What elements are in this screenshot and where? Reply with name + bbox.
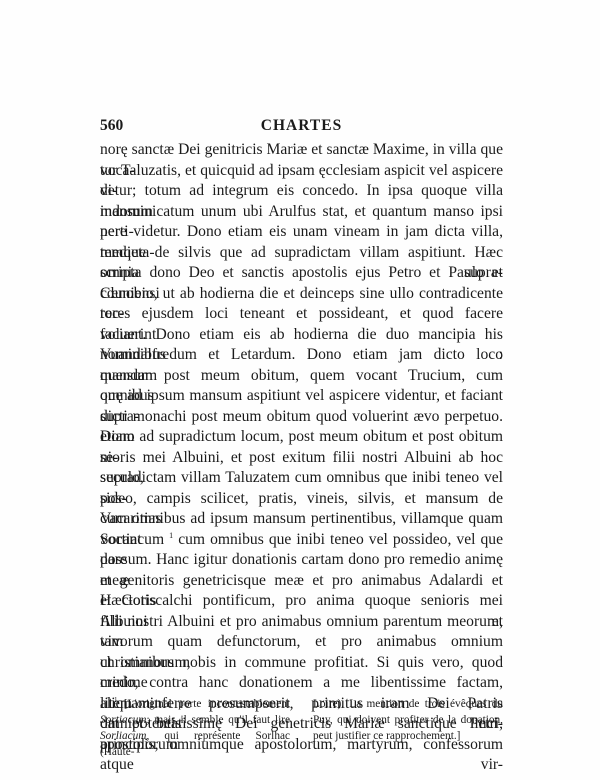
text-line: etiam ad supradictum locum, post meum ob… xyxy=(100,427,503,448)
text-line: vivorum quam defunctorum, et pro animabu… xyxy=(100,632,503,653)
text-line-with-footnote-ref: Sortiacum 1 cum omnibus que inibi teneo … xyxy=(100,530,503,551)
text-line: Vuandalfredum et Letardum. Dono etiam ja… xyxy=(100,345,503,366)
running-head: 560 CHARTES xyxy=(100,117,503,137)
footnote-marker: 1 xyxy=(114,696,118,704)
text-line: et genitoris genetricisque meæ et pro an… xyxy=(100,571,503,592)
text-line: sideo, campis scilicet, pratis, vineis, … xyxy=(100,489,503,510)
text-line: norę sanctæ Dei genitricis Mariæ et sanc… xyxy=(100,140,503,161)
text-line: tores ejusdem loci teneant et possideant… xyxy=(100,304,503,325)
footnote-line: Sorliacum, qui représente Sorlhac (Haute… xyxy=(100,728,290,744)
text-line: faciant. Dono etiam eis ab hodierna die … xyxy=(100,325,503,346)
footnote-line: Loire). La mention de trois évêques du xyxy=(313,696,503,712)
footnote-line: 1 [L'original porte incontestablement xyxy=(100,696,290,712)
text-line: et Gotiscalchi pontificum, pro anima quo… xyxy=(100,591,503,612)
text-line: nere videtur. Dono etiam eis unam vineam… xyxy=(100,222,503,243)
footnote-column-left: 1 [L'original porte incontestablement So… xyxy=(100,696,290,744)
text-line: tur Taluzatis, et quicquid ad ipsam ęccl… xyxy=(100,161,503,182)
body-text: norę sanctæ Dei genitricis Mariæ et sanc… xyxy=(100,140,503,755)
text-line: filii nostri Albuini et pro animabus omn… xyxy=(100,612,503,633)
text-line: possum. Hanc igitur donationis cartam do… xyxy=(100,550,503,571)
text-line: dicti monachi post meum obitum quod volu… xyxy=(100,407,503,428)
text-line: quę ad ipsum mansum aspitiunt vel aspice… xyxy=(100,386,503,407)
text-line: detur; totum ad integrum eis concedo. In… xyxy=(100,181,503,202)
text-line: supradictam villam Taluzatem cum omnibus… xyxy=(100,468,503,489)
footnote-line: Sortiacum; mais il semble qu'il faut lir… xyxy=(100,712,290,728)
text-line: temque de silvis que ad supradictam vill… xyxy=(100,243,503,264)
text-line: nioris mei Albuini, et post exitum filii… xyxy=(100,448,503,469)
text-line: indominicatum unum ubi Arulfus stat, et … xyxy=(100,202,503,223)
text-line: scripta dono Deo et sanctis apostolis ej… xyxy=(100,263,503,284)
footnote-column-right: Loire). La mention de trois évêques du P… xyxy=(313,696,503,744)
text-line: credo, contra hanc donationem a me liben… xyxy=(100,673,503,694)
text-line: cum omnibus ad ipsum mansum pertinentibu… xyxy=(100,509,503,530)
footnote-line: Puy, qui doivent profiter de la donation… xyxy=(313,712,503,728)
running-head-title: CHARTES xyxy=(100,117,503,135)
footnote-line: peut justifier ce rapprochement.] xyxy=(313,728,503,744)
text-line: mansum post meum obitum, quem vocant Tru… xyxy=(100,366,503,387)
text-line: cœnobio, ut ab hodierna die et deinceps … xyxy=(100,284,503,305)
document-page: 560 CHARTES norę sanctæ Dei genitricis M… xyxy=(0,0,600,780)
text-line: ut omnibus nobis in commune profitiat. S… xyxy=(100,653,503,674)
